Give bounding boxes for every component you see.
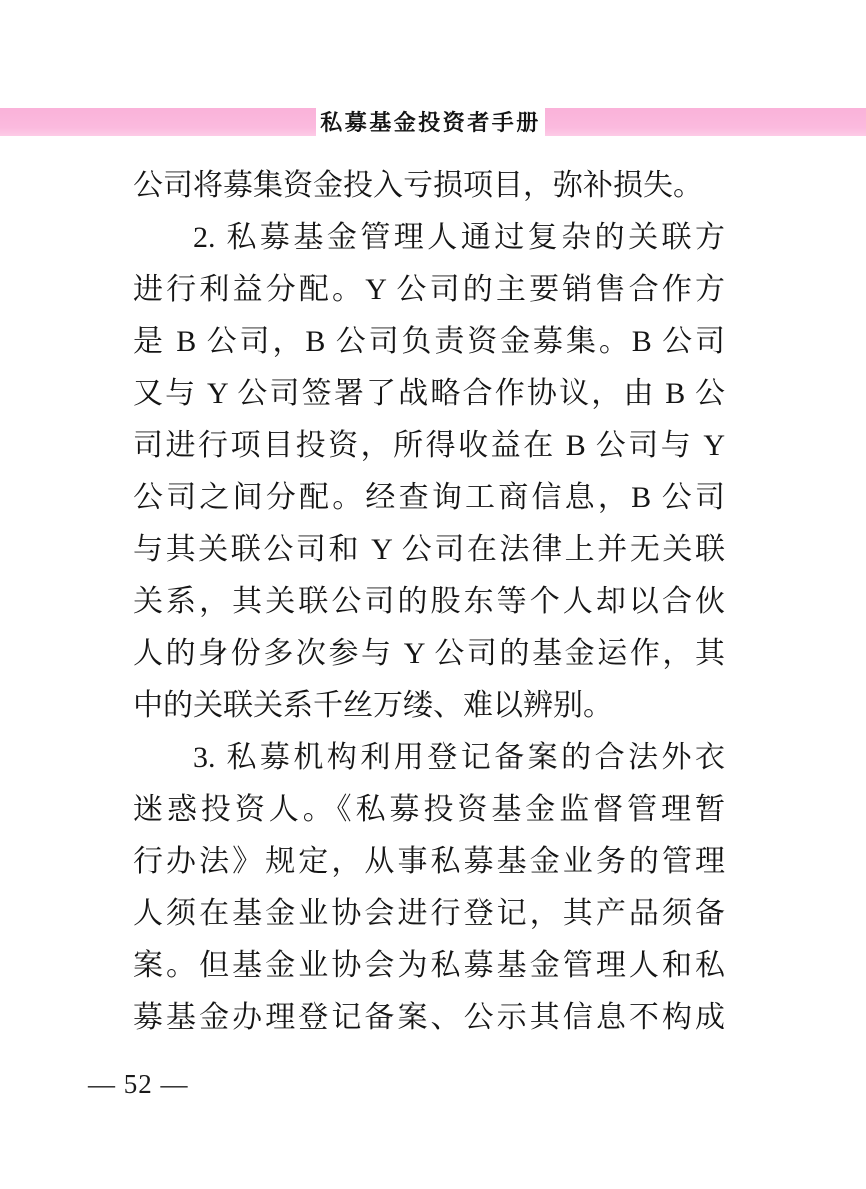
header-rule-left	[0, 108, 316, 136]
book-page: 私募基金投资者手册 公司将募集资金投入亏损项目，弥补损失。 2. 私募基金管理人…	[0, 0, 866, 1189]
text-line: 又与 Y 公司签署了战略合作协议，由 B 公	[133, 368, 725, 420]
text-line: 是 B 公司，B 公司负责资金募集。B 公司	[133, 316, 725, 368]
text-line: 行办法》规定，从事私募基金业务的管理	[133, 836, 725, 888]
text-line: 人须在基金业协会进行登记，其产品须备	[133, 888, 725, 940]
text-line: 关系，其关联公司的股东等个人却以合伙	[133, 576, 725, 628]
text-line: 3. 私募机构利用登记备案的合法外衣	[133, 732, 725, 784]
text-line: 迷惑投资人。《私募投资基金监督管理暂	[133, 784, 725, 836]
text-line: 公司之间分配。经查询工商信息，B 公司	[133, 472, 725, 524]
text-line: 公司将募集资金投入亏损项目，弥补损失。	[133, 160, 725, 212]
text-line: 人的身份多次参与 Y 公司的基金运作，其	[133, 628, 725, 680]
header-rule-right	[545, 108, 866, 136]
text-line: 2. 私募基金管理人通过复杂的关联方	[133, 212, 725, 264]
text-line: 与其关联公司和 Y 公司在法律上并无关联	[133, 524, 725, 576]
body-text-block: 公司将募集资金投入亏损项目，弥补损失。 2. 私募基金管理人通过复杂的关联方 进…	[133, 160, 725, 1044]
text-line: 进行利益分配。Y 公司的主要销售合作方	[133, 264, 725, 316]
page-number: — 52 —	[88, 1066, 189, 1102]
text-line: 募基金办理登记备案、公示其信息不构成	[133, 992, 725, 1044]
running-header-title: 私募基金投资者手册	[316, 106, 545, 137]
running-header: 私募基金投资者手册	[0, 106, 866, 134]
text-line: 中的关联关系千丝万缕、难以辨别。	[133, 680, 725, 732]
text-line: 司进行项目投资，所得收益在 B 公司与 Y	[133, 420, 725, 472]
text-line: 案。但基金业协会为私募基金管理人和私	[133, 940, 725, 992]
